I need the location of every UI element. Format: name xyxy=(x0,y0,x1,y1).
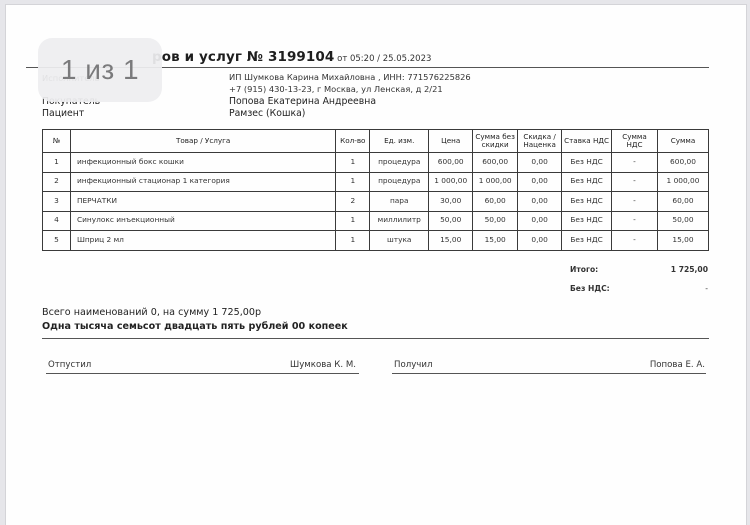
cell-unit: процедура xyxy=(370,172,429,192)
cell-vat-sum: - xyxy=(612,172,658,192)
table-row: 3 ПЕРЧАТКИ 2 пара 30,00 60,00 0,00 Без Н… xyxy=(43,192,709,212)
cell-unit: процедура xyxy=(370,153,429,173)
cell-sum-no-discount: 60,00 xyxy=(473,192,518,212)
cell-vat-rate: Без НДС xyxy=(562,231,612,251)
cell-vat-sum: - xyxy=(612,211,658,231)
cell-price: 15,00 xyxy=(429,231,473,251)
summary-divider xyxy=(42,338,709,339)
col-header-sum: Сумма xyxy=(657,130,708,153)
table-header-row: № Товар / Услуга Кол-во Ед. изм. Цена Су… xyxy=(43,130,709,153)
patient-value: Рамзес (Кошка) xyxy=(229,108,305,119)
patient-label: Пациент xyxy=(42,108,84,119)
table-row: 2 инфекционный стационар 1 категория 1 п… xyxy=(43,172,709,192)
cell-discount: 0,00 xyxy=(518,192,562,212)
title-date: от 05:20 / 25.05.2023 xyxy=(334,54,431,64)
cell-discount: 0,00 xyxy=(518,211,562,231)
col-header-vat-sum: Сумма НДС xyxy=(612,130,658,153)
vat-total-value: - xyxy=(705,284,708,293)
released-name: Шумкова К. М. xyxy=(206,360,356,370)
cell-unit: пара xyxy=(370,192,429,212)
cell-price: 600,00 xyxy=(429,153,473,173)
cell-sum-no-discount: 600,00 xyxy=(473,153,518,173)
cell-unit: миллилитр xyxy=(370,211,429,231)
table-row: 5 Шприц 2 мл 1 штука 15,00 15,00 0,00 Бе… xyxy=(43,231,709,251)
released-label: Отпустил xyxy=(48,360,91,370)
buyer-value: Попова Екатерина Андреевна xyxy=(229,96,376,107)
cell-item: инфекционный стационар 1 категория xyxy=(70,172,335,192)
cell-qty: 1 xyxy=(336,172,370,192)
cell-number: 3 xyxy=(43,192,71,212)
cell-item: инфекционный бокс кошки xyxy=(70,153,335,173)
cell-discount: 0,00 xyxy=(518,231,562,251)
cell-sum-no-discount: 50,00 xyxy=(473,211,518,231)
col-header-item: Товар / Услуга xyxy=(70,130,335,153)
cell-vat-rate: Без НДС xyxy=(562,172,612,192)
cell-discount: 0,00 xyxy=(518,172,562,192)
cell-price: 30,00 xyxy=(429,192,473,212)
cell-number: 4 xyxy=(43,211,71,231)
col-header-vat-rate: Ставка НДС xyxy=(562,130,612,153)
col-header-qty: Кол-во xyxy=(336,130,370,153)
cell-number: 2 xyxy=(43,172,71,192)
vat-total-label: Без НДС: xyxy=(570,284,610,293)
cell-item: Синулокс инъекционный xyxy=(70,211,335,231)
seller-line2: +7 (915) 430-13-23, г Москва, ул Ленская… xyxy=(229,84,443,94)
cell-qty: 1 xyxy=(336,153,370,173)
cell-unit: штука xyxy=(370,231,429,251)
page-indicator-badge: 1 из 1 xyxy=(38,38,162,102)
received-label: Получил xyxy=(394,360,432,370)
cell-price: 1 000,00 xyxy=(429,172,473,192)
cell-sum: 1 000,00 xyxy=(657,172,708,192)
cell-sum: 60,00 xyxy=(657,192,708,212)
cell-number: 5 xyxy=(43,231,71,251)
cell-item: ПЕРЧАТКИ xyxy=(70,192,335,212)
cell-sum: 50,00 xyxy=(657,211,708,231)
col-header-sum-no-discount: Сумма без скидки xyxy=(473,130,518,153)
cell-vat-rate: Без НДС xyxy=(562,153,612,173)
cell-vat-sum: - xyxy=(612,231,658,251)
cell-vat-rate: Без НДС xyxy=(562,192,612,212)
cell-vat-sum: - xyxy=(612,153,658,173)
items-table: № Товар / Услуга Кол-во Ед. изм. Цена Су… xyxy=(42,129,709,251)
summary-amount-words: Одна тысяча семьсот двадцать пять рублей… xyxy=(42,321,348,332)
col-header-discount: Скидка / Наценка xyxy=(518,130,562,153)
cell-qty: 1 xyxy=(336,231,370,251)
summary-count: Всего наименований 0, на сумму 1 725,00р xyxy=(42,307,261,318)
total-label: Итого: xyxy=(570,265,598,274)
cell-price: 50,00 xyxy=(429,211,473,231)
col-header-unit: Ед. изм. xyxy=(370,130,429,153)
cell-qty: 2 xyxy=(336,192,370,212)
cell-discount: 0,00 xyxy=(518,153,562,173)
received-name: Попова Е. А. xyxy=(556,360,705,370)
col-header-number: № xyxy=(43,130,71,153)
cell-sum-no-discount: 15,00 xyxy=(473,231,518,251)
cell-item: Шприц 2 мл xyxy=(70,231,335,251)
seller-line1: ИП Шумкова Карина Михайловна , ИНН: 7715… xyxy=(229,72,471,82)
title-text: ров и услуг № 3199104 xyxy=(152,49,334,65)
table-row: 4 Синулокс инъекционный 1 миллилитр 50,0… xyxy=(43,211,709,231)
cell-sum-no-discount: 1 000,00 xyxy=(473,172,518,192)
released-signature-line xyxy=(46,373,359,374)
cell-sum: 15,00 xyxy=(657,231,708,251)
col-header-price: Цена xyxy=(429,130,473,153)
table-row: 1 инфекционный бокс кошки 1 процедура 60… xyxy=(43,153,709,173)
cell-vat-rate: Без НДС xyxy=(562,211,612,231)
cell-qty: 1 xyxy=(336,211,370,231)
cell-vat-sum: - xyxy=(612,192,658,212)
received-signature-line xyxy=(392,373,706,374)
cell-number: 1 xyxy=(43,153,71,173)
cell-sum: 600,00 xyxy=(657,153,708,173)
total-value: 1 725,00 xyxy=(671,265,708,274)
